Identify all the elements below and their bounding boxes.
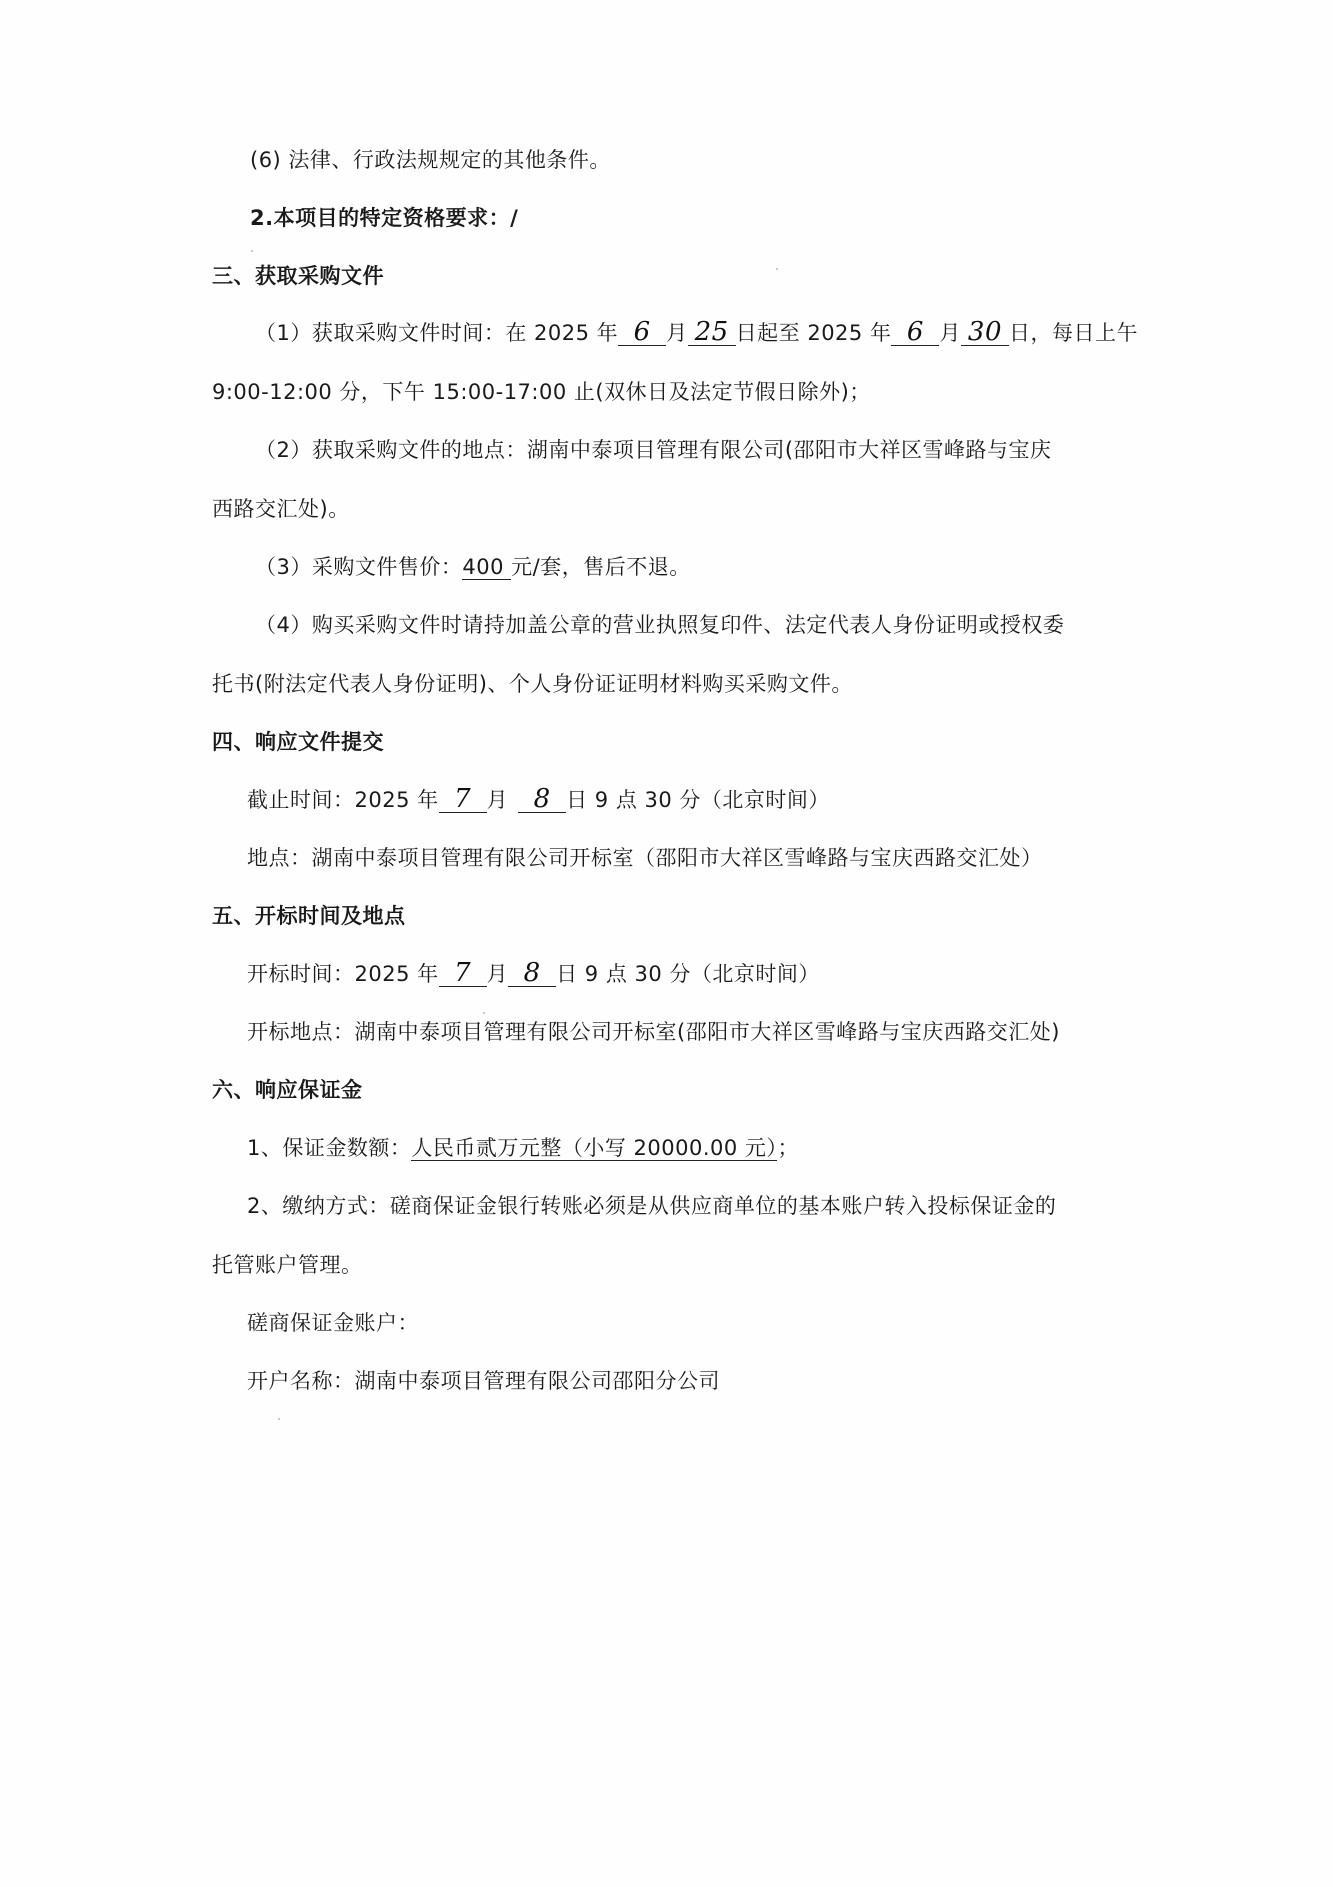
- purchase-requirements-line2: 托书(附法定代表人身份证明)、个人身份证证明材料购买采购文件。: [212, 669, 853, 699]
- document-price: （3）采购文件售价：400 元/套，售后不退。: [255, 552, 691, 582]
- scan-speck: [776, 268, 778, 270]
- scan-speck: [483, 1012, 485, 1014]
- section-4-heading: 四、响应文件提交: [212, 727, 384, 757]
- acquisition-time-prefix: （1）获取采购文件时间：在 2025 年: [255, 321, 618, 345]
- section-5-heading: 五、开标时间及地点: [212, 901, 406, 931]
- opening-prefix: 开标时间：2025 年: [247, 962, 439, 986]
- acquisition-location-line1: （2）获取采购文件的地点：湖南中泰项目管理有限公司(邵阳市大祥区雪峰路与宝庆: [255, 435, 1052, 465]
- price-suffix: 元/套，售后不退。: [511, 555, 691, 579]
- submission-location: 地点：湖南中泰项目管理有限公司开标室（邵阳市大祥区雪峰路与宝庆西路交汇处）: [247, 843, 1043, 873]
- month-label: 月: [487, 962, 509, 986]
- month-label: 月: [487, 788, 509, 812]
- deposit-amount-suffix: ；: [777, 1136, 799, 1160]
- payment-method-line1: 2、缴纳方式：磋商保证金银行转账必须是从供应商单位的基本账户转入投标保证金的: [247, 1191, 1056, 1221]
- doc-acquisition-time: （1）获取采购文件时间：在 2025 年6月25日起至 2025 年6月30日，…: [255, 318, 1138, 348]
- opening-time: 开标时间：2025 年7月8日 9 点 30 分（北京时间）: [247, 959, 820, 989]
- handwritten-deadline-month: 7: [439, 786, 487, 813]
- scan-speck: [278, 1418, 280, 1420]
- deposit-amount-prefix: 1、保证金数额：: [247, 1136, 411, 1160]
- handwritten-end-month: 6: [891, 319, 939, 346]
- scan-speck: [251, 250, 253, 252]
- account-name: 开户名称：湖南中泰项目管理有限公司邵阳分公司: [247, 1366, 720, 1396]
- handwritten-start-month: 6: [618, 319, 666, 346]
- deposit-account-label: 磋商保证金账户：: [247, 1308, 419, 1338]
- handwritten-start-day: 25: [688, 319, 736, 346]
- section-6-heading: 六、响应保证金: [212, 1075, 363, 1105]
- handwritten-end-day: 30: [961, 319, 1009, 346]
- month-label: 月: [939, 321, 961, 345]
- acquisition-time-mid: 日起至 2025 年: [736, 321, 892, 345]
- deposit-amount-value: 人民币贰万元整（小写 20000.00 元）: [411, 1136, 777, 1161]
- acquisition-location-line2: 西路交汇处)。: [212, 494, 350, 524]
- opening-location: 开标地点：湖南中泰项目管理有限公司开标室(邵阳市大祥区雪峰路与宝庆西路交汇处): [247, 1017, 1060, 1047]
- handwritten-opening-day: 8: [508, 960, 556, 987]
- deposit-amount: 1、保证金数额：人民币贰万元整（小写 20000.00 元）；: [247, 1133, 799, 1163]
- condition-item-6: (6) 法律、行政法规规定的其他条件。: [250, 145, 611, 175]
- specific-requirements: 2.本项目的特定资格要求：/: [250, 203, 518, 233]
- submission-deadline: 截止时间：2025 年7月8日 9 点 30 分（北京时间）: [247, 785, 830, 815]
- payment-method-line2: 托管账户管理。: [212, 1250, 363, 1280]
- purchase-requirements-line1: （4）购买采购文件时请持加盖公章的营业执照复印件、法定代表人身份证明或授权委: [255, 610, 1064, 640]
- price-value: 400: [462, 555, 511, 580]
- deadline-suffix: 日 9 点 30 分（北京时间）: [566, 788, 830, 812]
- handwritten-opening-month: 7: [439, 960, 487, 987]
- document-page: (6) 法律、行政法规规定的其他条件。 2.本项目的特定资格要求：/ 三、获取采…: [0, 0, 1333, 1887]
- acquisition-hours: 9:00-12:00 分，下午 15:00-17:00 止(双休日及法定节假日除…: [212, 377, 871, 407]
- price-prefix: （3）采购文件售价：: [255, 555, 462, 579]
- month-label: 月: [666, 321, 688, 345]
- deadline-prefix: 截止时间：2025 年: [247, 788, 439, 812]
- section-3-heading: 三、获取采购文件: [212, 261, 384, 291]
- acquisition-time-suffix: 日，每日上午: [1009, 321, 1138, 345]
- handwritten-deadline-day: 8: [518, 786, 566, 813]
- opening-suffix: 日 9 点 30 分（北京时间）: [556, 962, 820, 986]
